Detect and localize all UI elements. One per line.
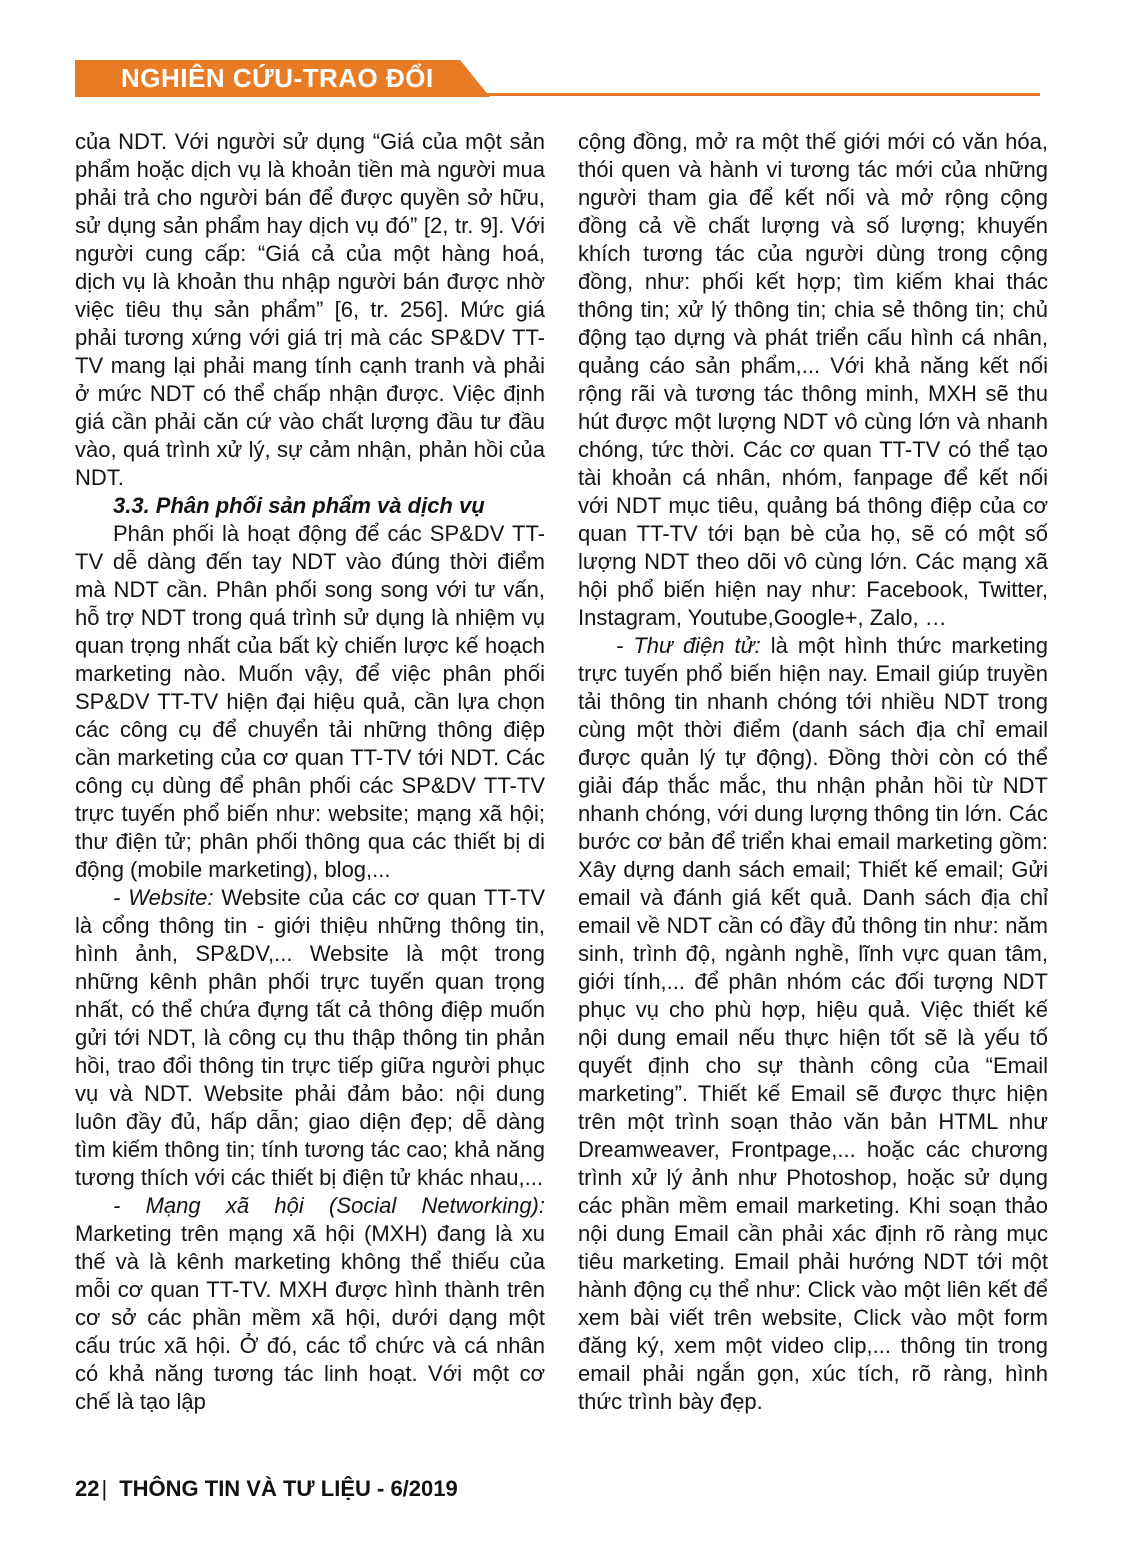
section-banner-label: NGHIÊN CỨU-TRAO ĐỔI <box>121 63 434 94</box>
subheading-distribution: 3.3. Phân phối sản phẩm và dịch vụ <box>75 492 545 520</box>
left-column: của NDT. Với người sử dụng “Giá của một … <box>75 128 545 1416</box>
page-number: 22 <box>75 1476 99 1502</box>
paragraph-community-continued-text: cộng đồng, mở ra một thế giới mới có văn… <box>578 129 1048 630</box>
paragraph-community-continued: cộng đồng, mở ra một thế giới mới có văn… <box>578 128 1048 632</box>
paragraph-distribution-intro-text: Phân phối là hoạt động để các SP&DV TT-T… <box>75 521 545 882</box>
paragraph-pricing-continued: của NDT. Với người sử dụng “Giá của một … <box>75 128 545 492</box>
paragraph-email-text: là một hình thức marketing trực tuyến ph… <box>578 633 1048 1414</box>
paragraph-social-network-lead: - Mạng xã hội (Social Networking): <box>113 1193 545 1218</box>
paragraph-social-network-text: Marketing trên mạng xã hội (MXH) đang là… <box>75 1221 545 1414</box>
paragraph-email-lead: - Thư điện tử: <box>616 633 761 658</box>
paragraph-website: - Website: Website của các cơ quan TT-TV… <box>75 884 545 1192</box>
paragraph-social-network: - Mạng xã hội (Social Networking): Marke… <box>75 1192 545 1416</box>
paragraph-pricing-continued-text: của NDT. Với người sử dụng “Giá của một … <box>75 129 545 490</box>
journal-page: NGHIÊN CỨU-TRAO ĐỔI của NDT. Với người s… <box>0 0 1122 1564</box>
article-body: của NDT. Với người sử dụng “Giá của một … <box>75 128 1048 1416</box>
section-banner: NGHIÊN CỨU-TRAO ĐỔI <box>75 60 490 97</box>
paragraph-email: - Thư điện tử: là một hình thức marketin… <box>578 632 1048 1416</box>
paragraph-website-text: Website của các cơ quan TT-TV là cổng th… <box>75 885 545 1190</box>
page-footer: 22|THÔNG TIN VÀ TƯ LIỆU - 6/2019 <box>75 1476 458 1502</box>
right-column: cộng đồng, mở ra một thế giới mới có văn… <box>578 128 1048 1416</box>
paragraph-website-lead: - Website: <box>113 885 213 910</box>
journal-title: THÔNG TIN VÀ TƯ LIỆU - 6/2019 <box>119 1476 458 1502</box>
paragraph-distribution-intro: Phân phối là hoạt động để các SP&DV TT-T… <box>75 520 545 884</box>
footer-separator: | <box>101 1476 107 1502</box>
